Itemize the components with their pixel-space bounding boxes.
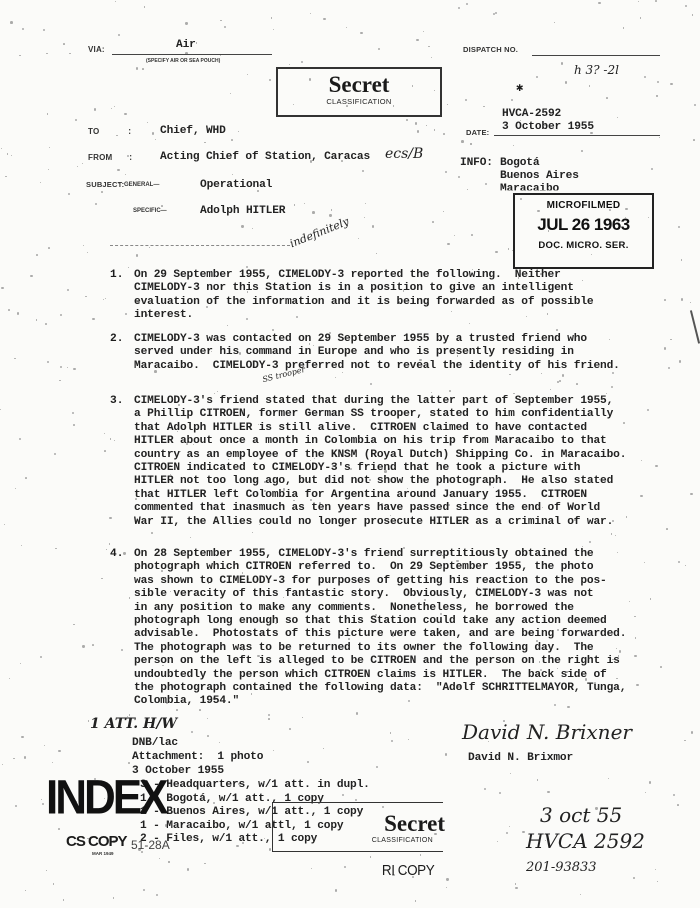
paragraph-line: On 29 September 1955, CIMELODY-3 reporte…	[134, 269, 561, 282]
paragraph-line: commented that inasmuch as ten years hav…	[134, 502, 600, 515]
handwritten-attachment-note: 1 ATT. H/W	[90, 716, 177, 732]
paragraph-line: HITLER about once a month in Colombia on…	[134, 435, 607, 448]
date-label: DATE:	[466, 128, 489, 137]
microfilm-line3: DOC. MICRO. SER.	[515, 240, 652, 251]
index-stamp: INDEX	[46, 774, 165, 822]
paragraph-line: country as an employee of the KNSM (Roya…	[134, 449, 626, 462]
paragraph-line: undoubtedly the person which CITROEN cla…	[134, 669, 607, 682]
classification-label: CLASSIFICATION	[278, 97, 440, 106]
bottom-classification-label: CLASSIFICATION	[273, 837, 433, 844]
initials: DNB/lac	[132, 737, 178, 750]
paragraph-line: The photograph was to be returned to its…	[134, 642, 593, 655]
paragraph-line: that HITLER left Colombia for Argentina …	[134, 489, 587, 502]
from-label: FROM	[88, 153, 112, 162]
date-rule	[494, 135, 660, 136]
paragraph-line: in any position to make any comments. No…	[134, 602, 574, 615]
paragraph-line: advisable. Photostats of this picture we…	[134, 628, 626, 641]
ri-copy-stamp: RI COPY	[382, 862, 434, 879]
to-colon: :	[127, 127, 132, 137]
paragraph-number: 3.	[110, 395, 123, 407]
faint-rule	[110, 245, 290, 246]
specific-value: Adolph HITLER	[200, 205, 285, 218]
via-rule	[112, 54, 272, 55]
paragraph-line: person on the left is alleged to be CITR…	[134, 655, 620, 668]
info-value-1: Bogotá	[500, 157, 539, 170]
subject-label: SUBJECT:	[86, 180, 124, 189]
paragraph-number: 4.	[110, 548, 123, 560]
paragraph-line: interest.	[134, 309, 193, 322]
classification-box-bottom: Secret CLASSIFICATION	[272, 802, 443, 852]
distribution-item: 3 - Headquarters, w/1 att. in dupl.	[140, 779, 370, 792]
handwritten-file-number: 201-93833	[526, 860, 597, 875]
paragraph-line: On 28 September 1955, CIMELODY-3's frien…	[134, 548, 593, 561]
form-number: 51-28A	[131, 838, 170, 852]
date-value: 3 October 1955	[502, 121, 594, 134]
paragraph-line: Colombia, 1954."	[134, 695, 239, 708]
paragraph-line: CITROEN indicated to CIMELODY-3's friend…	[134, 462, 580, 475]
paragraph-line: HITLER not too long ago, but did not sho…	[134, 475, 613, 488]
edge-scratch	[690, 310, 700, 343]
info-value-2: Buenos Aires	[500, 170, 579, 183]
paragraph-line: CIMELODY-3 nor this Station is in a posi…	[134, 282, 574, 295]
handwritten-top-right: h 3? -2l	[574, 63, 619, 77]
microfilm-line1: MICROFILMED	[515, 200, 652, 211]
handwritten-date: 3 oct 55	[540, 803, 622, 827]
handwritten-dispatch: HVCA 2592	[526, 829, 645, 853]
general-value: Operational	[200, 179, 272, 192]
paragraph-line: that Adolph HITLER is still alive. CITRO…	[134, 422, 587, 435]
via-sublabel: (SPECIFY AIR OR SEA POUCH)	[146, 58, 220, 64]
paragraph-line: served under his command in Europe and w…	[134, 346, 574, 359]
via-value: Air	[176, 39, 196, 52]
paragraph-line: War II, the Allies could no longer prose…	[134, 516, 613, 529]
paragraph-line: sible veracity of this fantastic story. …	[134, 588, 593, 601]
classification-box-top: Secret CLASSIFICATION	[276, 67, 442, 117]
dispatch-label: DISPATCH NO.	[463, 45, 518, 54]
paragraph-number: 1.	[110, 269, 123, 281]
from-colon: :	[128, 153, 133, 163]
cs-copy-stamp: CS COPY	[66, 833, 127, 850]
form-date: MAR 1949	[92, 851, 114, 856]
microfilm-line2: JUL 26 1963	[515, 215, 652, 235]
signature-handwritten: David N. Brixner	[462, 720, 632, 744]
paragraph-number: 2.	[110, 333, 123, 345]
paragraph-line: Maracaibo. CIMELODY-3 preferred not to r…	[134, 360, 620, 373]
paragraph-line: was shown to CIMELODY-3 for purposes of …	[134, 575, 607, 588]
paragraph-line: CIMELODY-3 was contacted on 29 September…	[134, 333, 587, 346]
paragraph-line: photograph long enough so that this Stat…	[134, 615, 607, 628]
specific-label: SPECIFIC—	[133, 208, 167, 214]
bottom-classification-word: Secret	[273, 811, 445, 837]
star-mark: ✱	[516, 80, 523, 95]
classification-word: Secret	[278, 73, 440, 97]
dispatch-number: HVCA-2592	[502, 108, 561, 121]
to-label: TO	[88, 127, 99, 136]
dispatch-rule	[532, 55, 660, 56]
paragraph-line: a Phillip CITROEN, former German SS troo…	[134, 408, 613, 421]
paragraph-line: the photograph contained the following d…	[134, 682, 626, 695]
paragraph-line: CIMELODY-3's friend stated that during t…	[134, 395, 613, 408]
handwritten-annotation-1: indefinitely	[288, 215, 351, 251]
from-handwritten: ecs/B	[385, 146, 423, 162]
microfilm-stamp: MICROFILMED JUL 26 1963 DOC. MICRO. SER.	[513, 193, 654, 269]
via-label: VIA:	[88, 45, 105, 54]
paragraph-line: evaluation of the information and it is …	[134, 296, 593, 309]
from-value: Acting Chief of Station, Caracas	[160, 151, 370, 164]
paragraph-line: photograph which CITROEN referred to. On…	[134, 561, 593, 574]
signature-typed: David N. Brixmor	[468, 752, 573, 765]
general-label: GENERAL—	[124, 182, 159, 188]
document-page: VIA: Air (SPECIFY AIR OR SEA POUCH) DISP…	[0, 0, 700, 908]
to-value: Chief, WHD	[160, 125, 226, 138]
info-label: INFO:	[460, 157, 493, 170]
attachment-line: Attachment: 1 photo	[132, 751, 263, 764]
